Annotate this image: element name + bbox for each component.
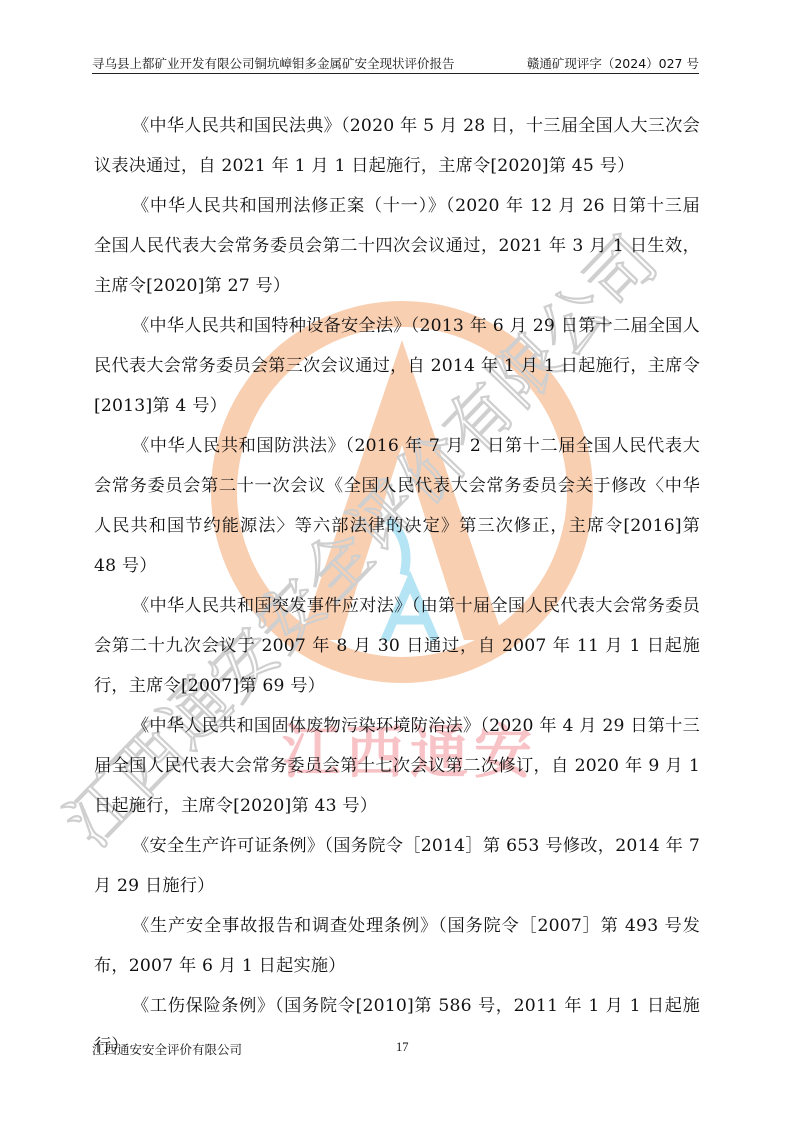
regulation-item: 《中华人民共和国固体废物污染环境防治法》（2020 年 4 月 29 日第十三届… — [94, 706, 700, 826]
regulation-item: 《安全生产许可证条例》（国务院令［2014］第 653 号修改，2014 年 7… — [94, 826, 700, 906]
regulation-item: 《中华人民共和国民法典》（2020 年 5 月 28 日，十三届全国人大三次会议… — [94, 106, 700, 186]
regulation-item: 《中华人民共和国特种设备安全法》（2013 年 6 月 29 日第十二届全国人民… — [94, 306, 700, 426]
page-number: 17 — [396, 1040, 409, 1055]
regulation-item: 《中华人民共和国防洪法》（2016 年 7 月 2 日第十二届全国人民代表大会常… — [94, 426, 700, 586]
regulation-list: 《中华人民共和国民法典》（2020 年 5 月 28 日，十三届全国人大三次会议… — [94, 106, 700, 1066]
regulation-item: 《生产安全事故报告和调查处理条例》（国务院令［2007］第 493 号发布，20… — [94, 906, 700, 986]
regulation-item: 《中华人民共和国刑法修正案（十一）》（2020 年 12 月 26 日第十三届全… — [94, 186, 700, 306]
footer-company: 江西通安安全评价有限公司 — [92, 1040, 242, 1058]
regulation-item: 《中华人民共和国突发事件应对法》（由第十届全国人民代表大会常务委员会第二十九次会… — [94, 586, 700, 706]
page-header: 寻乌县上都矿业开发有限公司铜坑嶂钼多金属矿安全现状评价报告 赣通矿现评字（202… — [92, 54, 699, 74]
document-page: 江西通安 江西通安安全评价有限公司 寻乌县上都矿业开发有限公司铜坑嶂钼多金属矿安… — [0, 0, 793, 1122]
report-title: 寻乌县上都矿业开发有限公司铜坑嶂钼多金属矿安全现状评价报告 — [92, 55, 455, 72]
page-footer: 江西通安安全评价有限公司 17 — [92, 1040, 699, 1060]
document-number: 赣通矿现评字（2024）027 号 — [527, 55, 699, 72]
